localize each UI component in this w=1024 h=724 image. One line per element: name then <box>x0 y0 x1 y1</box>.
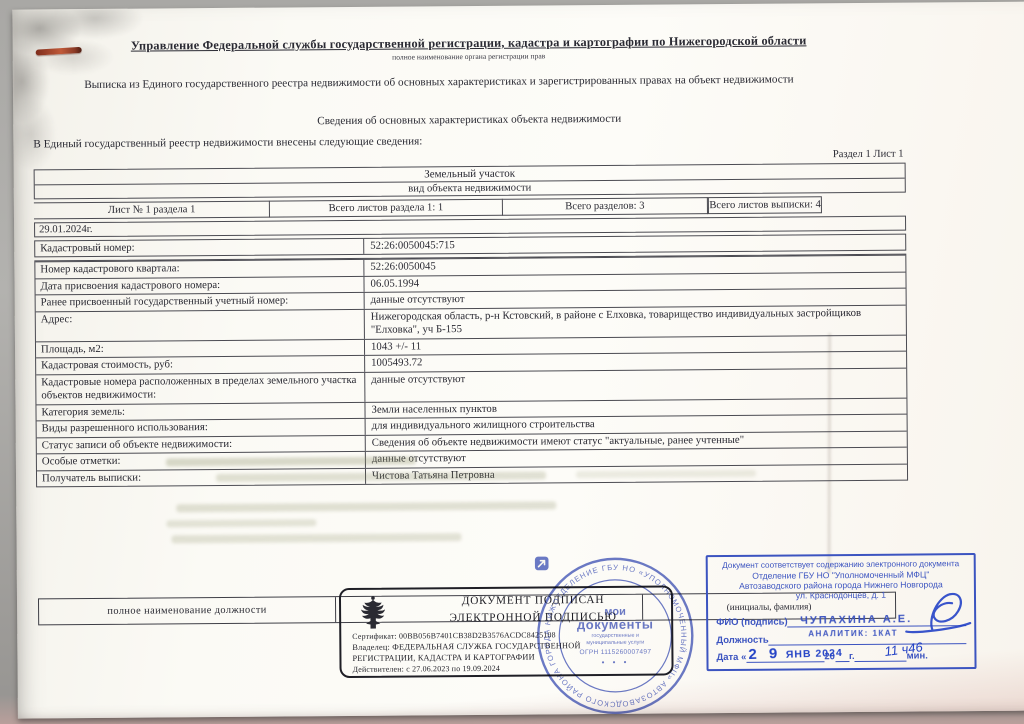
row-label: Виды разрешенного использования: <box>37 419 366 437</box>
rosreestr-emblem-icon <box>355 595 391 631</box>
document-body: Управление Федеральной службы государств… <box>32 3 908 488</box>
row-label: Номер кадастрового квартала: <box>35 260 364 278</box>
row-label: Кадастровый номер: <box>35 239 364 257</box>
paper-sheet: Управление Федеральной службы государств… <box>12 2 1024 719</box>
bleed-through-text <box>166 519 316 527</box>
name-stamp-imprint: ЧУПАХИНА А.Е. <box>800 613 912 627</box>
mfc-fio-label: ФИО (подпись) <box>716 617 788 629</box>
seal-center: мои документы государственные и муниципа… <box>534 554 697 717</box>
mfc-position-label: Должность <box>716 635 769 646</box>
intro-text: В Единый государственный реестр недвижим… <box>33 132 905 151</box>
row-label: Кадастровая стоимость, руб: <box>36 356 365 374</box>
scanned-document-page: Управление Федеральной службы государств… <box>0 0 1024 724</box>
object-type-header: Земельный участок вид объекта недвижимос… <box>34 163 906 200</box>
seal-ogrn: ОГРН 1115260007497 <box>579 649 651 657</box>
sheet-counter-cell: Всего листов выписки: 4 <box>708 196 822 214</box>
date-stamp-imprint: 2 9 ЯНВ 2024 <box>748 643 843 664</box>
seal-services-text: государственные и муниципальные услуги <box>575 633 655 647</box>
attributes-table: Номер кадастрового квартала: 52:26:00500… <box>34 254 908 488</box>
bleed-through-text <box>576 470 756 478</box>
row-label: Адрес: <box>36 310 365 342</box>
sheet-counter-cell: Лист № 1 раздела 1 <box>34 201 271 220</box>
date-stamp-month-year: ЯНВ 2024 <box>786 647 843 661</box>
row-label: Статус записи об объекте недвижимости: <box>37 436 366 454</box>
bleed-through-text <box>171 533 461 543</box>
handwritten-signature <box>904 589 974 646</box>
document-title: Выписка из Единого государственного реес… <box>33 73 905 92</box>
section-title: Сведения об основных характеристиках объ… <box>33 111 905 130</box>
row-label: Кадастровые номера расположенных в преде… <box>36 373 365 405</box>
my-documents-logo-icon <box>534 555 550 571</box>
row-value: 52:26:0050045:715 <box>364 235 905 255</box>
mfc-rect-stamp: Документ соответствует содержанию электр… <box>706 553 977 671</box>
row-value: Нижегородская область, р-н Кстовский, в … <box>365 306 906 339</box>
round-mfc-seal: ОТДЕЛЕНИЕ ГБУ НО «УПОЛНОМОЧЕННЫЙ МФЦ» АВ… <box>534 554 697 717</box>
row-label: Категория земель: <box>36 403 365 421</box>
position-stamp-imprint: АНАЛИТИК: 1КАТ <box>808 629 898 639</box>
date-stamp-day: 2 9 <box>748 645 781 663</box>
row-label: Ранее присвоенный государственный учетны… <box>36 293 365 311</box>
row-value: данные отсутствуют <box>365 368 906 401</box>
position-caption: полное наименование должности <box>39 597 336 624</box>
bleed-through-text <box>176 501 556 512</box>
seal-brand-line2: документы <box>577 617 654 631</box>
seal-dots: • • • <box>602 658 630 667</box>
row-label: Площадь, м2: <box>36 340 365 358</box>
sheet-counter-cell: Всего листов раздела 1: 1 <box>270 199 502 218</box>
mfc-date-label: Дата « <box>716 652 746 663</box>
row-label: Дата присвоения кадастрового номера: <box>35 277 364 295</box>
sheet-counter-cell: Всего разделов: 3 <box>502 197 708 216</box>
